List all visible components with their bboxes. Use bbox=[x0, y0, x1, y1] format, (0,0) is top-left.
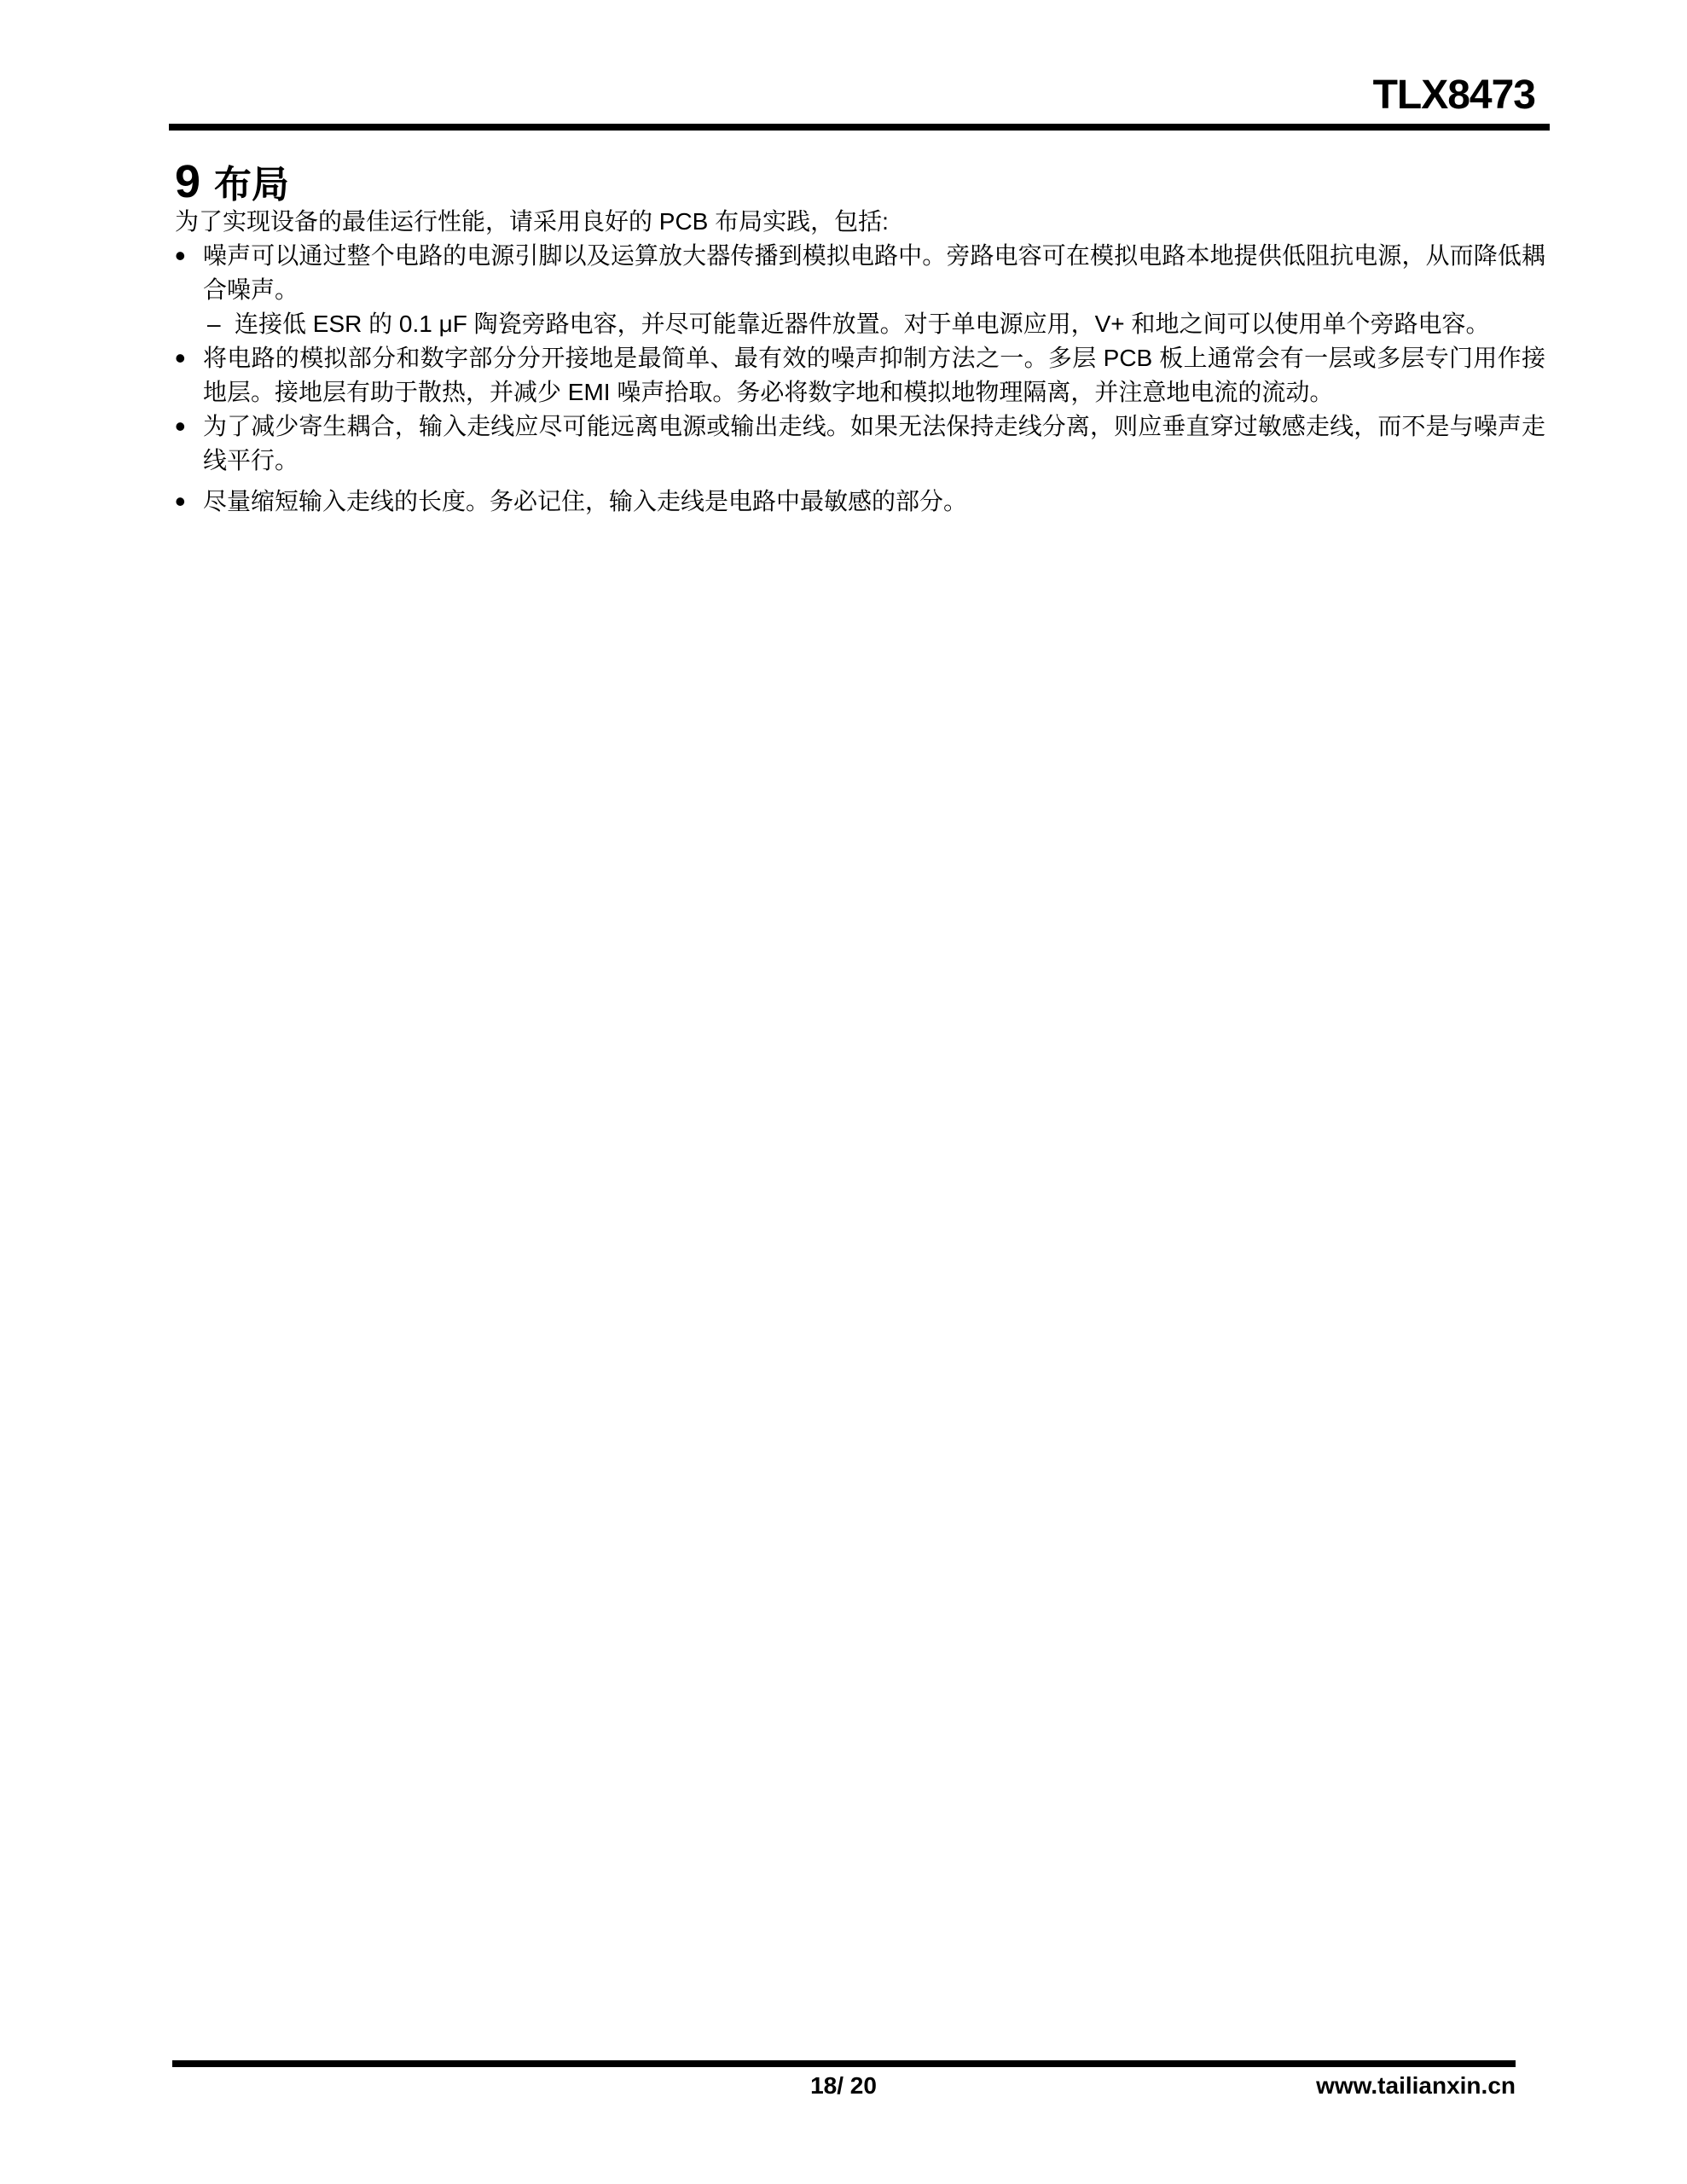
sub-bullet-list: –连接低 ESR 的 0.1 μF 陶瓷旁路电容，并尽可能靠近器件放置。对于单电… bbox=[203, 307, 1545, 341]
bullet-icon: • bbox=[175, 409, 186, 444]
bullet-icon: • bbox=[175, 239, 186, 273]
bullet-icon: • bbox=[175, 485, 186, 519]
bullet-text: 噪声可以通过整个电路的电源引脚以及运算放大器传播到模拟电路中。旁路电容可在模拟电… bbox=[203, 242, 1545, 303]
list-item: •将电路的模拟部分和数字部分分开接地是最简单、最有效的噪声抑制方法之一。多层 P… bbox=[175, 341, 1545, 409]
section-body: 为了实现设备的最佳运行性能，请采用良好的 PCB 布局实践，包括: •噪声可以通… bbox=[175, 205, 1545, 519]
list-item: •为了减少寄生耦合，输入走线应尽可能远离电源或输出走线。如果无法保持走线分离，则… bbox=[175, 409, 1545, 478]
sub-bullet-text: 连接低 ESR 的 0.1 μF 陶瓷旁路电容，并尽可能靠近器件放置。对于单电源… bbox=[235, 311, 1489, 337]
bullet-text: 将电路的模拟部分和数字部分分开接地是最简单、最有效的噪声抑制方法之一。多层 PC… bbox=[203, 345, 1545, 405]
section-title: 布局 bbox=[214, 162, 289, 208]
doc-title: TLX8473 bbox=[1373, 75, 1535, 116]
footer-rule bbox=[172, 2060, 1516, 2067]
section-intro: 为了实现设备的最佳运行性能，请采用良好的 PCB 布局实践，包括: bbox=[175, 205, 1545, 239]
website-url: www.tailianxin.cn bbox=[1316, 2071, 1516, 2100]
datasheet-page: TLX8473 9布局 为了实现设备的最佳运行性能，请采用良好的 PCB 布局实… bbox=[0, 0, 1687, 2184]
header-rule bbox=[169, 124, 1550, 131]
list-item: •尽量缩短输入走线的长度。务必记住，输入走线是电路中最敏感的部分。 bbox=[175, 485, 1545, 519]
bullet-icon: • bbox=[175, 341, 186, 375]
bullet-list: •噪声可以通过整个电路的电源引脚以及运算放大器传播到模拟电路中。旁路电容可在模拟… bbox=[175, 239, 1545, 519]
dash-icon: – bbox=[207, 307, 221, 341]
list-item: •噪声可以通过整个电路的电源引脚以及运算放大器传播到模拟电路中。旁路电容可在模拟… bbox=[175, 239, 1545, 341]
section-heading: 9布局 bbox=[175, 159, 289, 211]
section-number: 9 bbox=[175, 159, 200, 205]
bullet-text: 尽量缩短输入走线的长度。务必记住，输入走线是电路中最敏感的部分。 bbox=[203, 488, 967, 514]
bullet-text: 为了减少寄生耦合，输入走线应尽可能远离电源或输出走线。如果无法保持走线分离，则应… bbox=[203, 413, 1545, 473]
sub-list-item: –连接低 ESR 的 0.1 μF 陶瓷旁路电容，并尽可能靠近器件放置。对于单电… bbox=[203, 307, 1545, 341]
